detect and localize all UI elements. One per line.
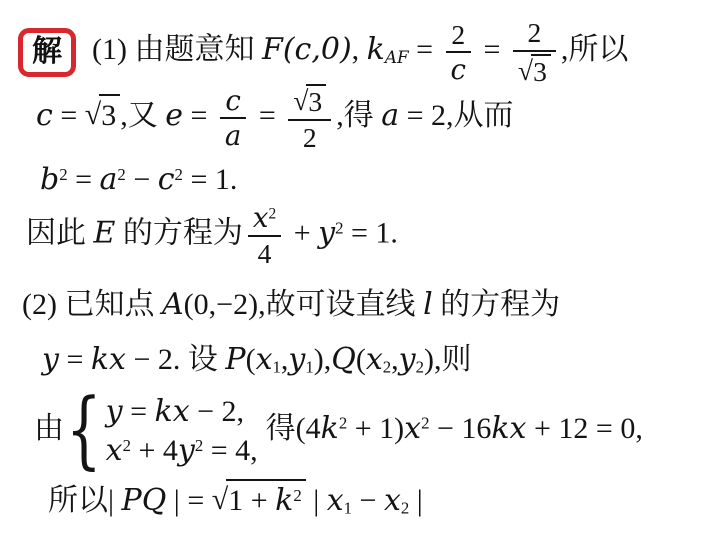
var-c: c xyxy=(36,98,53,133)
var-k: k xyxy=(275,483,293,518)
line-2: c = √3,又 e = ca = √32,得 a = 2,从而 xyxy=(36,84,514,153)
value-2: 2 xyxy=(431,99,446,132)
subscript-1: 1 xyxy=(273,358,281,377)
var-kx: kx xyxy=(155,394,190,429)
numerator: x2 xyxy=(248,203,281,235)
text-yinci: 因此 xyxy=(26,217,94,250)
equals: = xyxy=(183,99,215,132)
subscript-AF: AF xyxy=(385,47,409,67)
var-a: a xyxy=(100,162,118,197)
superscript-2: 2 xyxy=(59,165,67,184)
fraction-x2-over-4: x24 xyxy=(248,203,281,269)
line-5: (2) 已知点 A(0,−2),故可设直线 l 的方程为 xyxy=(22,286,560,324)
equals: = xyxy=(123,395,155,428)
fraction-sqrt3-over-2: √32 xyxy=(288,84,331,153)
text-ze: ,则 xyxy=(434,343,472,376)
subscript-1: 1 xyxy=(344,499,352,518)
numerator: 2 xyxy=(513,18,556,50)
line-8: 所以| PQ | = √1 + k2 | x1 − x2 | xyxy=(48,479,423,520)
text-de: ,得 xyxy=(336,99,381,132)
radical-sign: √ xyxy=(212,481,228,519)
value-4: 4, xyxy=(235,434,258,467)
var-l: l xyxy=(423,287,433,322)
fraction-2-over-c: 2c xyxy=(446,20,471,86)
numerator: 2 xyxy=(446,20,471,52)
system-row-1: y = kx − 2, xyxy=(106,392,258,431)
denominator: a xyxy=(220,117,246,151)
line-4: 因此 E 的方程为x24 + y2 = 1. xyxy=(26,203,398,269)
radicand: 1 + k2 xyxy=(226,479,306,520)
paren-open: ( xyxy=(246,343,256,376)
equals: = xyxy=(68,163,100,196)
line-1: 解(1) 由题意知 F(c,0), kAF = 2c = 2√3,所以 xyxy=(18,18,628,87)
step-number-2: (2) xyxy=(22,288,64,321)
minus: − xyxy=(190,395,222,428)
radicand-lead: 1 + xyxy=(228,484,275,517)
subscript-2: 2 xyxy=(401,499,409,518)
line-7: 由{y = kx − 2,x2 + 4y2 = 4,得(4k2 + 1)x2 −… xyxy=(34,392,643,470)
minus: − xyxy=(126,163,158,196)
equals: = xyxy=(251,99,283,132)
superscript-2: 2 xyxy=(293,486,301,505)
system-brace: { xyxy=(66,379,102,484)
numerator: √3 xyxy=(288,84,331,119)
comma: , xyxy=(352,33,367,66)
text-fangchengwei: 的方程为 xyxy=(433,288,561,321)
term-open: (4 xyxy=(296,412,321,445)
line-3: b2 = a2 − c2 = 1. xyxy=(40,161,237,199)
minus: − xyxy=(126,343,158,376)
subscript-1: 1 xyxy=(305,358,313,377)
value-1: 1. xyxy=(215,163,238,196)
radicand: 3 xyxy=(99,94,120,135)
sqrt-3: √3 xyxy=(518,56,551,87)
sqrt-1-plus-k2: √1 + k2 xyxy=(212,484,306,517)
paren-close: ) xyxy=(424,343,434,376)
var-x: x xyxy=(253,201,269,234)
subscript-2: 2 xyxy=(416,358,424,377)
var-Q: Q xyxy=(331,342,356,377)
text-de: 得 xyxy=(266,412,296,445)
comma: , xyxy=(258,288,266,321)
text-yizhidian: 已知点 xyxy=(64,288,162,321)
radical-sign: √ xyxy=(518,56,533,86)
var-x: x xyxy=(106,433,123,468)
var-e: e xyxy=(165,98,183,133)
denominator: 2 xyxy=(288,119,331,153)
var-x: x xyxy=(366,342,383,377)
equals: = xyxy=(180,484,212,517)
plus: + xyxy=(286,217,318,250)
minus: − xyxy=(352,484,384,517)
paren-open: ( xyxy=(356,343,366,376)
var-y: y xyxy=(178,433,195,468)
var-E: E xyxy=(94,216,116,251)
sqrt-3: √3 xyxy=(293,86,326,117)
numerator: c xyxy=(220,86,246,118)
fraction-c-over-a: ca xyxy=(220,86,246,152)
var-x: x xyxy=(404,411,421,446)
equals: = xyxy=(59,343,91,376)
radical-sign: √ xyxy=(85,96,101,134)
var-x: x xyxy=(256,342,273,377)
var-a: a xyxy=(381,98,399,133)
text-you: ,又 xyxy=(120,99,165,132)
var-PQ: PQ xyxy=(122,483,167,518)
denominator: 4 xyxy=(248,235,281,269)
system-row-2: x2 + 4y2 = 4, xyxy=(106,431,258,470)
subscript-2: 2 xyxy=(383,358,391,377)
denominator: √3 xyxy=(513,50,556,87)
comma: , xyxy=(391,343,399,376)
denominator: c xyxy=(446,51,471,85)
point-A-args: (0,−2) xyxy=(184,288,258,321)
abs-bar: | xyxy=(166,484,180,517)
equals: = xyxy=(476,33,508,66)
equals: = xyxy=(409,33,441,66)
var-c: c xyxy=(158,162,175,197)
text-suoyi: ,所以 xyxy=(561,33,629,66)
var-kx: kx xyxy=(491,411,526,446)
value-1: 1. xyxy=(375,217,398,250)
abs-bar: | xyxy=(108,484,122,517)
solution-document: 解(1) 由题意知 F(c,0), kAF = 2c = 2√3,所以 c = … xyxy=(0,0,720,550)
text-intro-1: 由题意知 xyxy=(134,33,262,66)
term-minus16: − 16 xyxy=(429,412,491,445)
var-b: b xyxy=(40,162,59,197)
var-A: A xyxy=(162,287,184,322)
term-plus1: + 1) xyxy=(347,412,404,445)
solution-badge: 解 xyxy=(18,28,76,78)
var-P: P xyxy=(225,342,245,377)
text-you: 由 xyxy=(34,412,64,445)
var-y: y xyxy=(106,394,123,429)
var-y: y xyxy=(399,342,416,377)
superscript-2: 2 xyxy=(117,165,125,184)
equals: = xyxy=(183,163,215,196)
value-2: 2. xyxy=(158,343,188,376)
var-y: y xyxy=(42,342,59,377)
radicand: 3 xyxy=(531,54,551,87)
equals: = xyxy=(399,99,431,132)
abs-bar: | xyxy=(306,484,327,517)
coef-4: 4 xyxy=(163,434,178,467)
fraction-2-over-sqrt3: 2√3 xyxy=(513,18,556,87)
var-y: y xyxy=(288,342,305,377)
var-k: k xyxy=(367,32,385,67)
var-k: k xyxy=(321,411,339,446)
superscript-2: 2 xyxy=(339,414,347,433)
text-suoyi: 所以 xyxy=(48,484,108,517)
paren-close: ) xyxy=(314,343,324,376)
text-fangchengwei: 的方程为 xyxy=(115,217,243,250)
var-kx: kx xyxy=(91,342,126,377)
superscript-2: 2 xyxy=(123,436,131,455)
equals: = xyxy=(53,99,85,132)
equals: = xyxy=(203,434,235,467)
plus: + xyxy=(131,434,163,467)
var-y: y xyxy=(318,216,335,251)
focus-args: (c,0) xyxy=(283,32,352,67)
radical-sign: √ xyxy=(293,86,308,116)
superscript-2: 2 xyxy=(195,436,203,455)
step-number-1: (1) xyxy=(92,33,134,66)
radicand: 3 xyxy=(306,84,326,117)
superscript-2: 2 xyxy=(175,165,183,184)
text-conger: ,从而 xyxy=(446,99,514,132)
equation-system: y = kx − 2,x2 + 4y2 = 4, xyxy=(106,392,258,470)
text-gukeshe: 故可设直线 xyxy=(266,288,424,321)
equals: = xyxy=(343,217,375,250)
var-x: x xyxy=(384,483,401,518)
value-2: 2, xyxy=(222,395,245,428)
abs-bar: | xyxy=(409,484,423,517)
sqrt-3: √3 xyxy=(85,99,120,132)
term-plus12: + 12 = 0, xyxy=(526,412,642,445)
line-6: y = kx − 2. 设 P(x1,y1),Q(x2,y2),则 xyxy=(42,341,472,379)
var-x: x xyxy=(327,483,344,518)
superscript-2: 2 xyxy=(268,206,276,223)
var-F: F xyxy=(262,32,283,67)
text-she: 设 xyxy=(188,343,226,376)
